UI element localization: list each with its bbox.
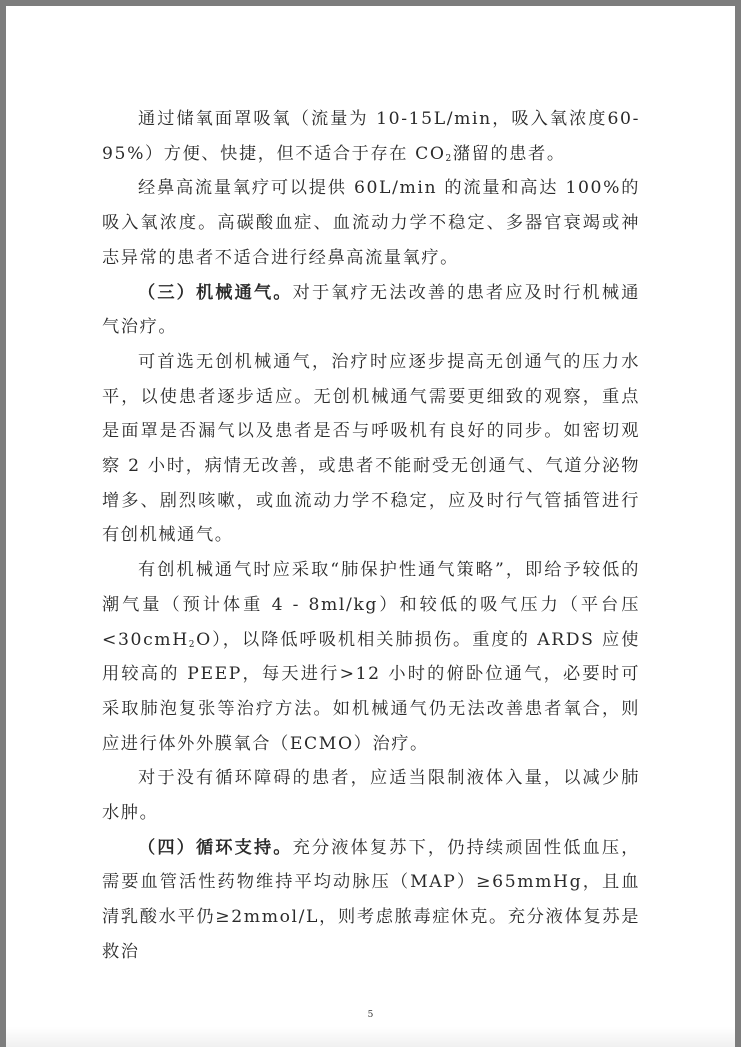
paragraph-mechanical-ventilation: （三）机械通气。对于氧疗无法改善的患者应及时行机械通气治疗。 [102,276,640,345]
paragraph-invasive-ventilation: 有创机械通气时应采取“肺保护性通气策略”，即给予较低的潮气量（预计体重 4 - … [102,553,640,761]
paragraph-text: 对于没有循环障碍的患者，应适当限制液体入量，以减少肺水肿。 [102,768,640,823]
section-heading: （三）机械通气。 [138,283,293,303]
paragraph-fluid-restriction: 对于没有循环障碍的患者，应适当限制液体入量，以减少肺水肿。 [102,761,640,830]
paragraph-circulation-support: （四）循环支持。充分液体复苏下，仍持续顽固性低血压，需要血管活性药物维持平均动脉… [102,831,640,970]
paragraph-oxygen-mask: 通过储氧面罩吸氧（流量为 10-15L/min，吸入氧浓度60-95%）方便、快… [102,102,640,171]
document-page: 通过储氧面罩吸氧（流量为 10-15L/min，吸入氧浓度60-95%）方便、快… [6,6,735,1047]
paragraph-high-flow-oxygen: 经鼻高流量氧疗可以提供 60L/min 的流量和高达 100%的吸入氧浓度。高碳… [102,171,640,275]
page-bottom-shadow [6,1027,735,1047]
paragraph-noninvasive-ventilation: 可首选无创机械通气，治疗时应逐步提高无创通气的压力水平，以使患者逐步适应。无创机… [102,345,640,553]
page-number: 5 [6,1010,735,1020]
subscript: 2 [446,154,453,164]
section-heading: （四）循环支持。 [138,838,293,858]
paragraph-text: 经鼻高流量氧疗可以提供 60L/min 的流量和高达 100%的吸入氧浓度。高碳… [102,178,640,267]
document-body: 通过储氧面罩吸氧（流量为 10-15L/min，吸入氧浓度60-95%）方便、快… [102,102,640,970]
paragraph-text: 潴留的患者。 [453,144,566,164]
paragraph-text: 可首选无创机械通气，治疗时应逐步提高无创通气的压力水平，以使患者逐步适应。无创机… [102,352,640,546]
